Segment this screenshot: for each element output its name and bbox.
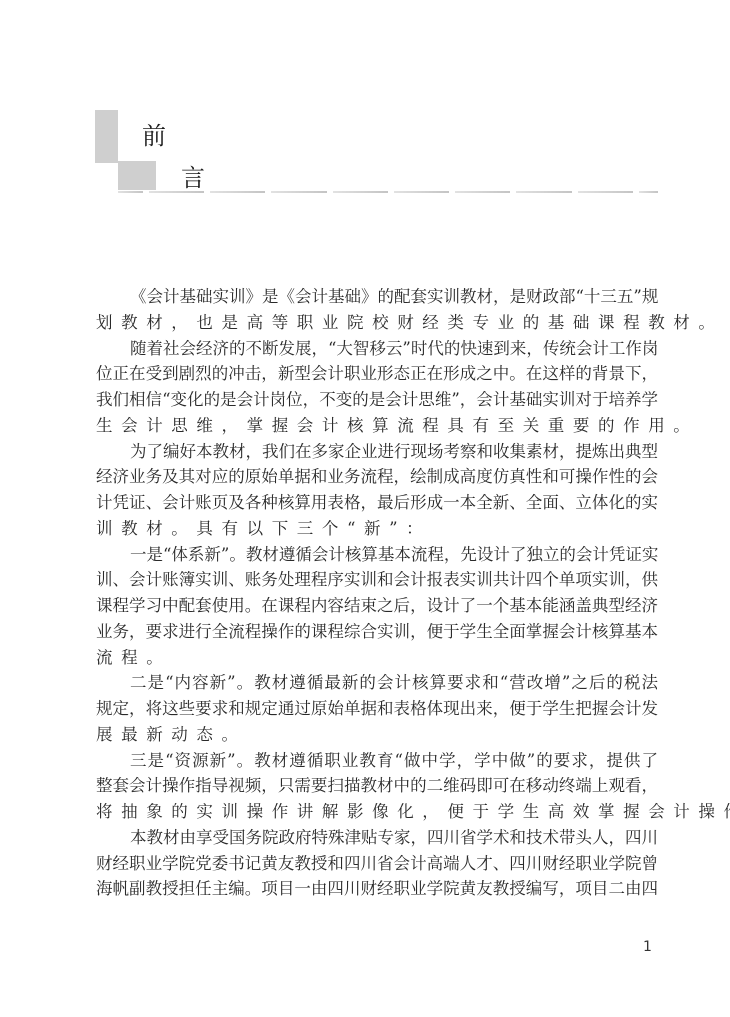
text-line: 课程学习中配套使用。在课程内容结束之后，设计了一个基本能涵盖典型经济 <box>96 593 658 619</box>
text-line: 规定，将这些要求和规定通过原始单据和表格体现出来，便于学生把握会计发 <box>96 696 658 722</box>
text-line: 三是“资源新”。教材遵循职业教育“做中学，学中做”的要求，提供了 <box>96 748 658 774</box>
text-line: 流程。 <box>96 645 658 671</box>
text-line: 经济业务及其对应的原始单据和业务流程，绘制成高度仿真性和可操作性的会 <box>96 464 658 490</box>
heading-char-1: 前 <box>142 122 166 150</box>
text-line: 二是“内容新”。教材遵循最新的会计核算要求和“营改增”之后的税法 <box>96 670 658 696</box>
text-line: 随着社会经济的不断发展，“大智移云”时代的快速到来，传统会计工作岗 <box>96 336 658 362</box>
text-line: 为了编好本教材，我们在多家企业进行现场考察和收集素材，提炼出典型 <box>96 439 658 465</box>
text-line: 划教材，也是高等职业院校财经类专业的基础课程教材。 <box>96 310 658 336</box>
text-line: 训教材。具有以下三个“新”： <box>96 516 658 542</box>
heading-char-2: 言 <box>181 164 205 192</box>
text-line: 我们相信“变化的是会计岗位，不变的是会计思维”，会计基础实训对于培养学 <box>96 387 658 413</box>
text-line: 位正在受到剧烈的冲击，新型会计职业形态正在形成之中。在这样的背景下， <box>96 361 658 387</box>
text-line: 海帆副教授担任主编。项目一由四川财经职业学院黄友教授编写，项目二由四 <box>96 876 658 902</box>
text-line: 将抽象的实训操作讲解影像化，便于学生高效掌握会计操作规范。 <box>96 799 658 825</box>
text-line: 业务，要求进行全流程操作的课程综合实训，便于学生全面掌握会计核算基本 <box>96 619 658 645</box>
preface-body: 《会计基础实训》是《会计基础》的配套实训教材，是财政部“十三五”规划教材，也是高… <box>96 284 658 902</box>
text-line: 《会计基础实训》是《会计基础》的配套实训教材，是财政部“十三五”规 <box>96 284 658 310</box>
heading-decor-block-large <box>95 110 118 163</box>
text-line: 计凭证、会计账页及各种核算用表格，最后形成一本全新、全面、立体化的实 <box>96 490 658 516</box>
text-line: 一是“体系新”。教材遵循会计核算基本流程，先设计了独立的会计凭证实 <box>96 542 658 568</box>
text-line: 财经职业学院党委书记黄友教授和四川省会计高端人才、四川财经职业学院曾 <box>96 851 658 877</box>
text-line: 展最新动态。 <box>96 722 658 748</box>
text-line: 训、会计账簿实训、账务处理程序实训和会计报表实训共计四个单项实训，供 <box>96 567 658 593</box>
text-line: 生会计思维，掌握会计核算流程具有至关重要的作用。 <box>96 413 658 439</box>
text-line: 本教材由享受国务院政府特殊津贴专家，四川省学术和技术带头人，四川 <box>96 825 658 851</box>
page-number: 1 <box>643 939 652 955</box>
text-line: 整套会计操作指导视频，只需要扫描教材中的二维码即可在移动终端上观看， <box>96 773 658 799</box>
heading-decor-block-small <box>118 161 156 190</box>
heading-dashed-rule <box>118 191 658 193</box>
